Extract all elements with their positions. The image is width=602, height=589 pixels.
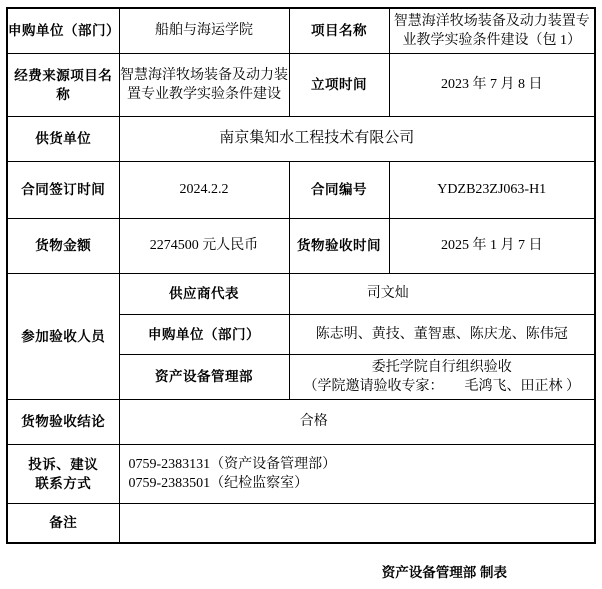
complaint-contact-label: 投诉、建议 联系方式: [7, 444, 119, 503]
purchasing-unit-label: 申购单位（部门）: [7, 8, 119, 53]
goods-amount-label: 货物金额: [7, 218, 119, 273]
approval-date-value: 2023 年 7 月 8 日: [389, 53, 595, 116]
project-name-label: 项目名称: [289, 8, 389, 53]
row-contract: 合同签订时间 2024.2.2 合同编号 YDZB23ZJ063-H1: [7, 161, 595, 218]
row-participants-supplier-rep: 参加验收人员 供应商代表 司文灿: [7, 273, 595, 314]
conclusion-label: 货物验收结论: [7, 399, 119, 444]
contract-date-label: 合同签订时间: [7, 161, 119, 218]
row-purchasing-unit: 申购单位（部门） 船舶与海运学院 项目名称 智慧海洋牧场装备及动力装置专业教学实…: [7, 8, 595, 53]
contract-number-value: YDZB23ZJ063-H1: [389, 161, 595, 218]
project-name-value: 智慧海洋牧场装备及动力装置专业教学实验条件建设（包 1）: [389, 8, 595, 53]
conclusion-value: 合格: [119, 399, 595, 444]
contract-number-label: 合同编号: [289, 161, 389, 218]
complaint-contact-value: 0759-2383131（资产设备管理部） 0759-2383501（纪检监察室…: [119, 444, 595, 503]
row-conclusion: 货物验收结论 合格: [7, 399, 595, 444]
funding-project-label: 经费来源项目名称: [7, 53, 119, 116]
footer-prepared-by: 资产设备管理部 制表: [0, 561, 602, 581]
participants-label: 参加验收人员: [7, 273, 119, 399]
remarks-label: 备注: [7, 503, 119, 543]
remarks-value: [119, 503, 595, 543]
acceptance-date-label: 货物验收时间: [289, 218, 389, 273]
asset-dept-value-line2: （学院邀请验收专家： 毛鸿飞、田正林 ）: [290, 377, 595, 396]
acceptance-form-page: 申购单位（部门） 船舶与海运学院 项目名称 智慧海洋牧场装备及动力装置专业教学实…: [0, 0, 602, 589]
supplier-label: 供货单位: [7, 116, 119, 161]
row-supplier: 供货单位 南京集知水工程技术有限公司: [7, 116, 595, 161]
complaint-phone-discipline-office: 0759-2383501（纪检监察室）: [129, 474, 595, 493]
asset-dept-label: 资产设备管理部: [119, 354, 289, 399]
asset-dept-value-line1: 委托学院自行组织验收: [290, 358, 595, 377]
supplier-rep-label: 供应商代表: [119, 273, 289, 314]
supplier-value: 南京集知水工程技术有限公司: [119, 116, 595, 161]
row-remarks: 备注: [7, 503, 595, 543]
goods-amount-value: 2274500 元人民币: [119, 218, 289, 273]
funding-project-value: 智慧海洋牧场装备及动力装置专业教学实验条件建设: [119, 53, 289, 116]
supplier-rep-value: 司文灿: [289, 273, 595, 314]
participants-unit-label: 申购单位（部门）: [119, 314, 289, 354]
purchasing-unit-value: 船舶与海运学院: [119, 8, 289, 53]
row-complaint-contact: 投诉、建议 联系方式 0759-2383131（资产设备管理部） 0759-23…: [7, 444, 595, 503]
complaint-contact-label-line1: 投诉、建议: [8, 455, 119, 474]
complaint-contact-label-line2: 联系方式: [8, 474, 119, 493]
row-amount: 货物金额 2274500 元人民币 货物验收时间 2025 年 1 月 7 日: [7, 218, 595, 273]
participants-unit-value: 陈志明、黄技、董智惠、陈庆龙、陈伟冠: [289, 314, 595, 354]
acceptance-date-value: 2025 年 1 月 7 日: [389, 218, 595, 273]
asset-dept-value: 委托学院自行组织验收 （学院邀请验收专家： 毛鸿飞、田正林 ）: [289, 354, 595, 399]
row-funding-project: 经费来源项目名称 智慧海洋牧场装备及动力装置专业教学实验条件建设 立项时间 20…: [7, 53, 595, 116]
acceptance-form-table: 申购单位（部门） 船舶与海运学院 项目名称 智慧海洋牧场装备及动力装置专业教学实…: [6, 7, 596, 544]
approval-date-label: 立项时间: [289, 53, 389, 116]
contract-date-value: 2024.2.2: [119, 161, 289, 218]
complaint-phone-asset-dept: 0759-2383131（资产设备管理部）: [129, 455, 595, 474]
